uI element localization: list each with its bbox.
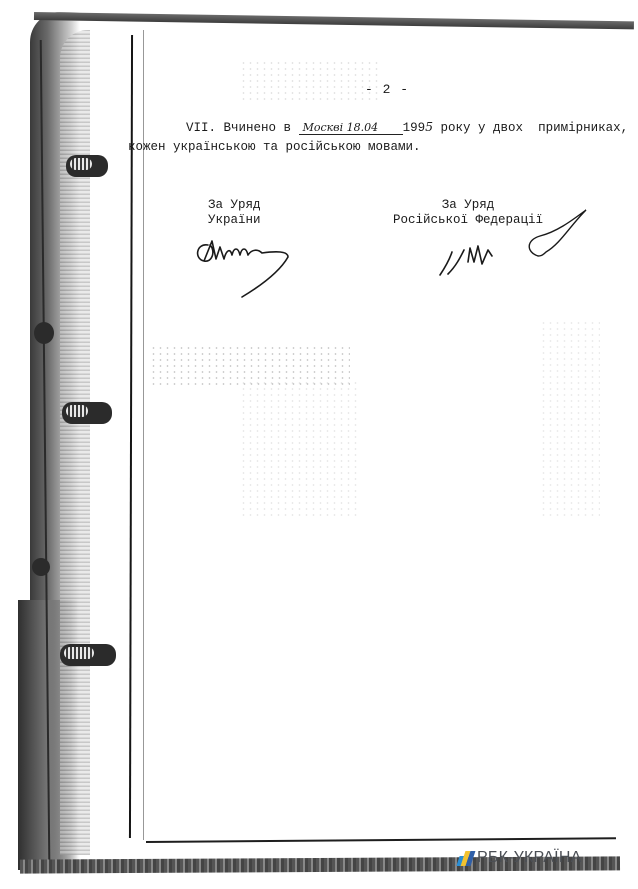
signatory-label: За Уряд <box>208 198 261 212</box>
rbc-ukraine-watermark: РБК-УКРАЇНА <box>457 848 581 868</box>
year-handwritten: 5 <box>425 119 433 134</box>
scan-noise <box>240 60 380 100</box>
binder-ring-icon <box>62 402 112 424</box>
article-paragraph: VII. Вчинено в Москві 18.041995 року у д… <box>128 117 628 157</box>
binder-ring-icon <box>66 155 108 177</box>
scan-noise <box>240 380 360 520</box>
article-numeral: VII. <box>186 121 216 135</box>
binder-ring-icon <box>60 644 116 666</box>
article-text-cont: року у двох примірниках, <box>441 121 629 135</box>
article-line-2: кожен українською та російською мовами. <box>128 140 421 154</box>
handwritten-place-date: Москві 18.04 <box>299 121 403 135</box>
article-text: Вчинено в <box>224 121 292 135</box>
signature-russia-icon <box>430 200 600 285</box>
document-frame-bottom <box>146 837 616 843</box>
rbc-logo-icon <box>457 851 473 866</box>
scan-noise <box>150 345 350 385</box>
binder-ring-icon <box>34 322 54 344</box>
page-number: - 2 - <box>365 82 409 97</box>
watermark-label: РБК-УКРАЇНА <box>477 849 581 867</box>
page-top-edge <box>34 12 634 29</box>
year-typed: 199 <box>403 121 426 135</box>
page-stack-edge <box>60 30 90 855</box>
signatory-ukraine: За Уряд України <box>208 198 261 228</box>
scanned-document-page: - 2 - VII. Вчинено в Москві 18.041995 ро… <box>0 0 638 889</box>
scan-noise <box>540 320 600 520</box>
binder-ring-icon <box>32 558 50 576</box>
signature-ukraine-icon <box>190 225 300 300</box>
